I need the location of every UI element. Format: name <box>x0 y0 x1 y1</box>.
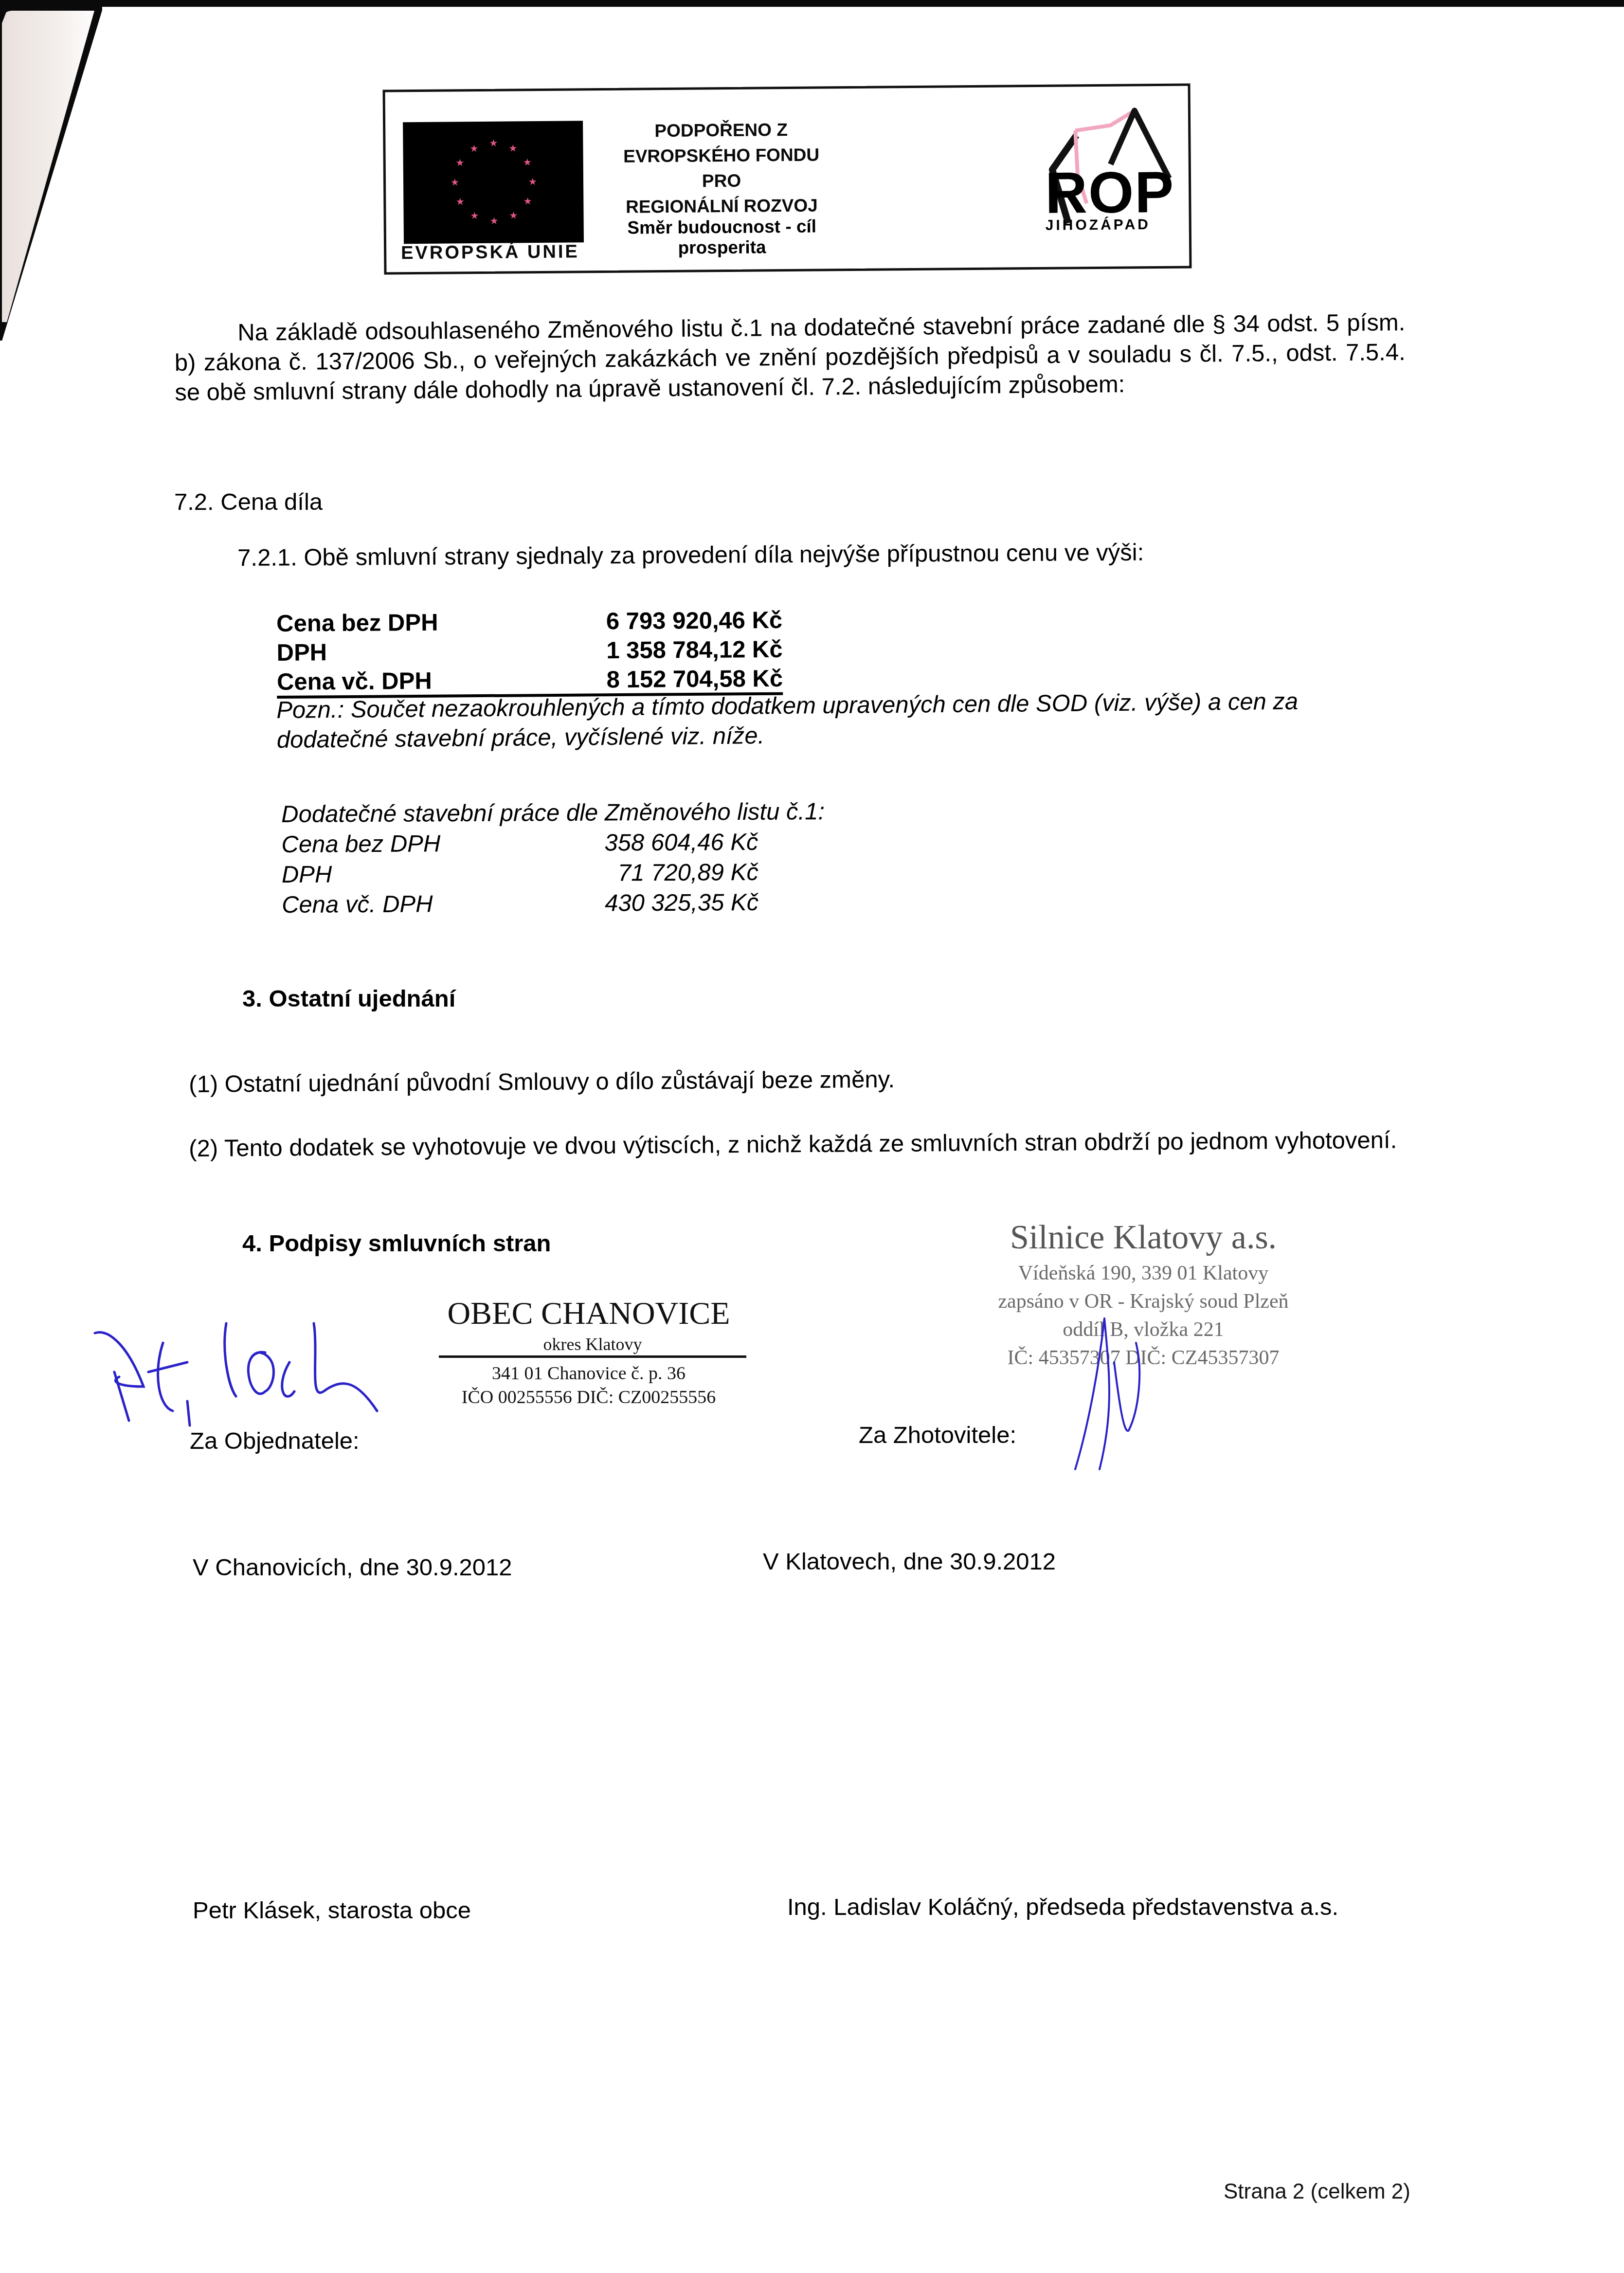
contractor-signatory: Ing. Ladislav Koláčný, předseda představ… <box>787 1893 1338 1922</box>
stamp-line: Vídeňská 190, 339 01 Klatovy <box>949 1259 1338 1287</box>
section-3-title: 3. Ostatní ujednání <box>242 985 455 1012</box>
price-table: Cena bez DPH 6 793 920,46 Kč DPH 1 358 7… <box>276 605 783 699</box>
price-row: Cena bez DPH 6 793 920,46 Kč <box>276 605 782 637</box>
extra-label: DPH <box>282 860 569 888</box>
fund-line: PODPOŘENO Z EVROPSKÉHO FONDU <box>604 117 838 169</box>
rop-region: JIHOZÁPAD <box>1046 216 1151 234</box>
contractor-label: Za Zhotovitele: <box>859 1421 1016 1450</box>
section-7-2-title: 7.2. Cena díla <box>174 487 323 517</box>
eu-star-icon: ★ <box>490 216 499 226</box>
price-row: DPH 1 358 784,12 Kč <box>276 634 782 667</box>
client-signatory: Petr Klásek, starosta obce <box>193 1896 471 1925</box>
section-4-title: 4. Podpisy smluvních stran <box>242 1230 551 1257</box>
eu-flag-icon: ★★★★★★★★★★★★ <box>403 121 584 244</box>
rop-logo-text: ROP <box>1045 163 1175 222</box>
eu-star-icon: ★ <box>508 144 517 153</box>
client-signature <box>90 1314 431 1430</box>
fund-line: REGIONÁLNÍ ROZVOJ <box>605 193 838 220</box>
price-label: Cena bez DPH <box>276 608 563 637</box>
eu-star-icon: ★ <box>523 197 532 206</box>
intro-paragraph: Na základě odsouhlaseného Změnového list… <box>174 308 1406 408</box>
price-note: Pozn.: Součet nezaokrouhlených a tímto d… <box>276 686 1410 755</box>
contractor-signature <box>1070 1314 1148 1474</box>
scan-border <box>0 0 1624 7</box>
extra-value: 430 325,35 Kč <box>569 889 758 917</box>
price-value: 6 793 920,46 Kč <box>563 607 782 635</box>
eu-star-icon: ★ <box>451 178 459 187</box>
extra-row: Cena bez DPH 358 604,46 Kč <box>281 825 825 858</box>
fund-title: PODPOŘENO Z EVROPSKÉHO FONDU PRO REGIONÁ… <box>604 117 839 220</box>
extra-row: DPH 71 720,89 Kč <box>282 855 825 888</box>
fund-line: PRO <box>605 167 838 195</box>
eu-star-icon: ★ <box>455 158 464 168</box>
eu-star-icon: ★ <box>528 177 537 187</box>
eu-star-icon: ★ <box>456 197 465 207</box>
eu-star-icon: ★ <box>523 158 532 167</box>
eu-star-icon: ★ <box>489 139 498 148</box>
extra-row: Cena vč. DPH 430 325,35 Kč <box>282 885 825 919</box>
stamp-address: 341 01 Chanovice č. p. 36 <box>428 1362 749 1385</box>
client-place-date: V Chanovicích, dne 30.9.2012 <box>193 1553 512 1582</box>
price-label: DPH <box>276 637 563 667</box>
extra-value: 358 604,46 Kč <box>568 829 758 857</box>
eu-star-icon: ★ <box>469 144 478 154</box>
stamp-obec-name: OBEC CHANOVICE <box>428 1294 749 1333</box>
stamp-company-name: Silnice Klatovy a.s. <box>949 1216 1338 1259</box>
stamp-ids: IČO 00255556 DIČ: CZ00255556 <box>428 1385 749 1409</box>
stamp-district: okres Klatovy <box>439 1333 746 1358</box>
extra-label: Cena bez DPH <box>281 830 568 858</box>
client-label: Za Objednatele: <box>190 1426 360 1456</box>
fund-slogan: Směr budoucnost - cíl prosperita <box>605 216 839 259</box>
extra-label: Cena vč. DPH <box>282 890 569 919</box>
price-value: 1 358 784,12 Kč <box>563 636 782 665</box>
extra-works-table: Dodatečné stavební práce dle Změnového l… <box>281 795 825 919</box>
price-value: 8 152 704,58 Kč <box>564 665 783 694</box>
contractor-place-date: V Klatovech, dne 30.9.2012 <box>763 1547 1056 1576</box>
stamp-line: zapsáno v OR - Krajský soud Plzeň <box>949 1287 1338 1316</box>
extra-works-title: Dodatečné stavební práce dle Změnového l… <box>281 795 825 828</box>
clause-3-1: (1) Ostatní ujednání původní Smlouvy o d… <box>189 1061 1410 1100</box>
page-number: Strana 2 (celkem 2) <box>1224 2180 1410 2204</box>
eu-funding-banner: ★★★★★★★★★★★★ EVROPSKÁ UNIE PODPOŘENO Z E… <box>383 83 1192 274</box>
eu-star-icon: ★ <box>509 211 518 221</box>
client-stamp: OBEC CHANOVICE okres Klatovy 341 01 Chan… <box>428 1294 749 1409</box>
eu-star-icon: ★ <box>470 211 479 221</box>
clause-3-2: (2) Tento dodatek se vyhotovuje ve dvou … <box>189 1125 1410 1164</box>
extra-value: 71 720,89 Kč <box>569 859 758 887</box>
price-label: Cena vč. DPH <box>277 667 564 696</box>
clause-7-2-1: 7.2.1. Obě smluvní strany sjednaly za pr… <box>237 538 1144 573</box>
eu-label: EVROPSKÁ UNIE <box>401 241 579 264</box>
